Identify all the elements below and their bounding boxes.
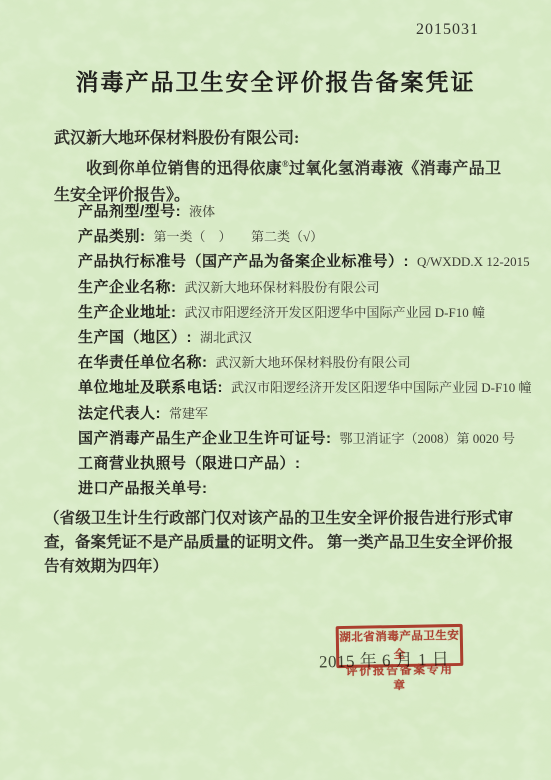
field-value: 武汉市阳逻经济开发区阳逻华中国际产业园 D-F10 幢: [185, 305, 485, 320]
field-row-standard-number: 产品执行标准号（国产产品为备案企业标准号）:Q/WXDD.X 12-2015: [78, 249, 523, 274]
field-value: 武汉新大地环保材料股份有限公司: [216, 355, 411, 370]
field-value: 第一类（ ） 第二类（√）: [154, 229, 324, 244]
field-row-product-category: 产品类别:第一类（ ） 第二类（√）: [78, 224, 523, 249]
field-label: 生产国（地区）:: [78, 329, 192, 346]
field-value: 武汉新大地环保材料股份有限公司: [185, 280, 380, 295]
field-value: 湖北武汉: [200, 330, 252, 345]
field-label: 进口产品报关单号:: [78, 480, 208, 497]
field-row-country-of-origin: 生产国（地区）:湖北武汉: [78, 325, 523, 350]
issue-date: 2015 年 6 月 1 日: [319, 645, 450, 673]
certificate-title: 消毒产品卫生安全评价报告备案凭证: [0, 64, 551, 97]
field-label: 产品类别:: [78, 228, 146, 245]
field-row-unit-address-phone: 单位地址及联系电话:武汉市阳逻经济开发区阳逻华中国际产业园 D-F10 幢: [78, 375, 523, 400]
field-label: 单位地址及联系电话:: [78, 379, 223, 396]
field-row-customs-declaration-number: 进口产品报关单号:: [78, 476, 523, 501]
field-value: 鄂卫消证字（2008）第 0020 号: [340, 431, 516, 446]
intro-text-1: 收到你单位销售的迅得依康: [86, 160, 282, 177]
field-value: 武汉市阳逻经济开发区阳逻华中国际产业园 D-F10 幢: [231, 380, 531, 395]
field-row-manufacturer-address: 生产企业地址:武汉市阳逻经济开发区阳逻华中国际产业园 D-F10 幢: [78, 300, 523, 325]
field-label: 法定代表人:: [78, 405, 161, 422]
field-label: 产品执行标准号（国产产品为备案企业标准号）:: [78, 253, 409, 270]
field-row-responsible-unit-name: 在华责任单位名称:武汉新大地环保材料股份有限公司: [78, 350, 523, 375]
registered-trademark-mark: ®: [282, 159, 289, 169]
field-row-legal-representative: 法定代表人:常建军: [78, 401, 523, 426]
certificate-page: 2015031 消毒产品卫生安全评价报告备案凭证 武汉新大地环保材料股份有限公司…: [0, 0, 551, 780]
field-row-dosage-form: 产品剂型/型号:液体: [78, 199, 523, 224]
document-number: 2015031: [416, 21, 479, 39]
field-label: 生产企业名称:: [78, 279, 177, 296]
field-list: 产品剂型/型号:液体 产品类别:第一类（ ） 第二类（√） 产品执行标准号（国产…: [78, 199, 523, 501]
field-label: 在华责任单位名称:: [78, 354, 208, 371]
footnote-paragraph: （省级卫生计生行政部门仅对该产品的卫生安全评价报告进行形式审查，备案凭证不是产品…: [44, 507, 513, 579]
field-value: Q/WXDD.X 12-2015: [417, 254, 530, 269]
field-row-hygiene-license-number: 国产消毒产品生产企业卫生许可证号:鄂卫消证字（2008）第 0020 号: [78, 426, 523, 451]
field-label: 生产企业地址:: [78, 304, 177, 321]
field-value: 常建军: [169, 406, 208, 421]
field-value: 液体: [189, 204, 215, 219]
field-row-business-license-number: 工商营业执照号（限进口产品）:: [78, 451, 523, 476]
field-label: 工商营业执照号（限进口产品）:: [78, 455, 301, 472]
field-label: 国产消毒产品生产企业卫生许可证号:: [78, 430, 332, 447]
addressee-line: 武汉新大地环保材料股份有限公司:: [54, 125, 299, 148]
field-label: 产品剂型/型号:: [78, 203, 181, 220]
field-row-manufacturer-name: 生产企业名称:武汉新大地环保材料股份有限公司: [78, 275, 523, 300]
